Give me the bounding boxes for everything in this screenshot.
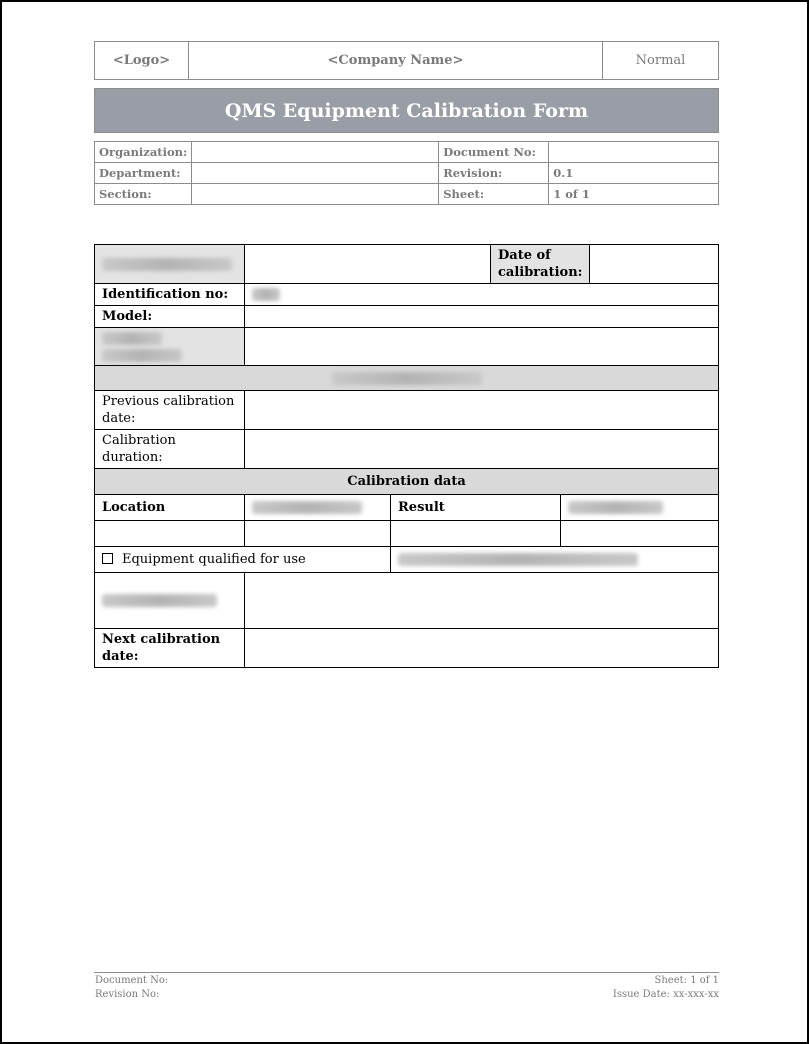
row-next-calibration: Next calibration date: (95, 629, 719, 668)
department-label: Department: (95, 163, 192, 184)
redacted-text (398, 553, 638, 566)
corrective-action-field[interactable] (245, 573, 719, 629)
row-equipment-name: Date of calibration: (95, 245, 719, 284)
document-status: Normal (603, 42, 718, 79)
footer-sheet: Sheet: 1 of 1 (613, 974, 719, 988)
row-range (95, 328, 719, 366)
sheet-label: Sheet: (439, 184, 549, 205)
data-field-2[interactable] (245, 521, 391, 547)
calibration-form-table: Date of calibration: Identification no: … (94, 244, 719, 668)
checkbox-icon[interactable] (102, 553, 113, 564)
model-field[interactable] (245, 306, 719, 328)
row-data-columns: Location Result (95, 495, 719, 521)
qualified-option[interactable]: Equipment qualified for use (95, 547, 391, 573)
row-corrective-action (95, 573, 719, 629)
document-info-table: Organization: Document No: Department: R… (94, 141, 719, 205)
row-calibration-data-section: Calibration data (95, 469, 719, 495)
row-previous-calibration: Previous calibration date: (95, 391, 719, 430)
sheet-value[interactable]: 1 of 1 (549, 184, 719, 205)
page-footer: Document No: Revision No: Sheet: 1 of 1 … (95, 974, 719, 1002)
row-data-entry (95, 521, 719, 547)
logo-placeholder: <Logo> (95, 42, 189, 79)
column-location: Location (95, 495, 245, 521)
info-row-department: Department: Revision: 0.1 (95, 163, 719, 184)
location-field[interactable] (95, 521, 245, 547)
range-of-equipment-field[interactable] (245, 328, 719, 366)
section-label: Section: (95, 184, 192, 205)
revision-value[interactable]: 0.1 (549, 163, 719, 184)
redacted-text (252, 288, 280, 301)
form-title: QMS Equipment Calibration Form (94, 88, 719, 133)
row-calibration-duration: Calibration duration: (95, 430, 719, 469)
section-value[interactable] (192, 184, 439, 205)
company-name: <Company Name> (189, 42, 603, 79)
row-details-section (95, 366, 719, 391)
result-field[interactable] (391, 521, 561, 547)
organization-label: Organization: (95, 142, 192, 163)
footer-issue-date: Issue Date: xx-xxx-xx (613, 988, 719, 1002)
identification-field[interactable] (245, 284, 719, 306)
organization-value[interactable] (192, 142, 439, 163)
calibration-duration-field[interactable] (245, 430, 719, 469)
revision-label: Revision: (439, 163, 549, 184)
date-of-calibration-field[interactable] (590, 245, 719, 284)
equipment-name-label (95, 245, 245, 284)
equipment-name-field[interactable] (245, 245, 491, 284)
row-identification: Identification no: (95, 284, 719, 306)
redacted-text (102, 258, 232, 271)
column-result: Result (391, 495, 561, 521)
document-no-value[interactable] (549, 142, 719, 163)
footer-divider (94, 972, 719, 973)
previous-calibration-field[interactable] (245, 391, 719, 430)
redacted-text (102, 332, 162, 345)
identification-label: Identification no: (95, 284, 245, 306)
row-qualification: Equipment qualified for use (95, 547, 719, 573)
range-of-equipment-label (95, 328, 245, 366)
model-label: Model: (95, 306, 245, 328)
footer-document-no: Document No: (95, 974, 168, 988)
corrective-action-label (95, 573, 245, 629)
date-of-calibration-label: Date of calibration: (491, 245, 590, 284)
details-section-header (95, 366, 719, 391)
redacted-text (102, 349, 182, 362)
previous-calibration-label: Previous calibration date: (95, 391, 245, 430)
qualified-label: Equipment qualified for use (122, 552, 306, 567)
column-redacted-2 (561, 495, 719, 521)
department-value[interactable] (192, 163, 439, 184)
next-calibration-label: Next calibration date: (95, 629, 245, 668)
redacted-text (568, 501, 663, 514)
redacted-text (102, 594, 217, 607)
redacted-text (332, 372, 482, 385)
document-no-label: Document No: (439, 142, 549, 163)
row-model: Model: (95, 306, 719, 328)
info-row-organization: Organization: Document No: (95, 142, 719, 163)
calibration-duration-label: Calibration duration: (95, 430, 245, 469)
calibration-data-header: Calibration data (95, 469, 719, 495)
info-row-section: Section: Sheet: 1 of 1 (95, 184, 719, 205)
footer-revision-no: Revision No: (95, 988, 168, 1002)
next-calibration-field[interactable] (245, 629, 719, 668)
redacted-text (252, 501, 362, 514)
column-redacted-1 (245, 495, 391, 521)
disqualified-option[interactable] (391, 547, 719, 573)
document-header: <Logo> <Company Name> Normal (94, 41, 719, 80)
data-field-4[interactable] (561, 521, 719, 547)
